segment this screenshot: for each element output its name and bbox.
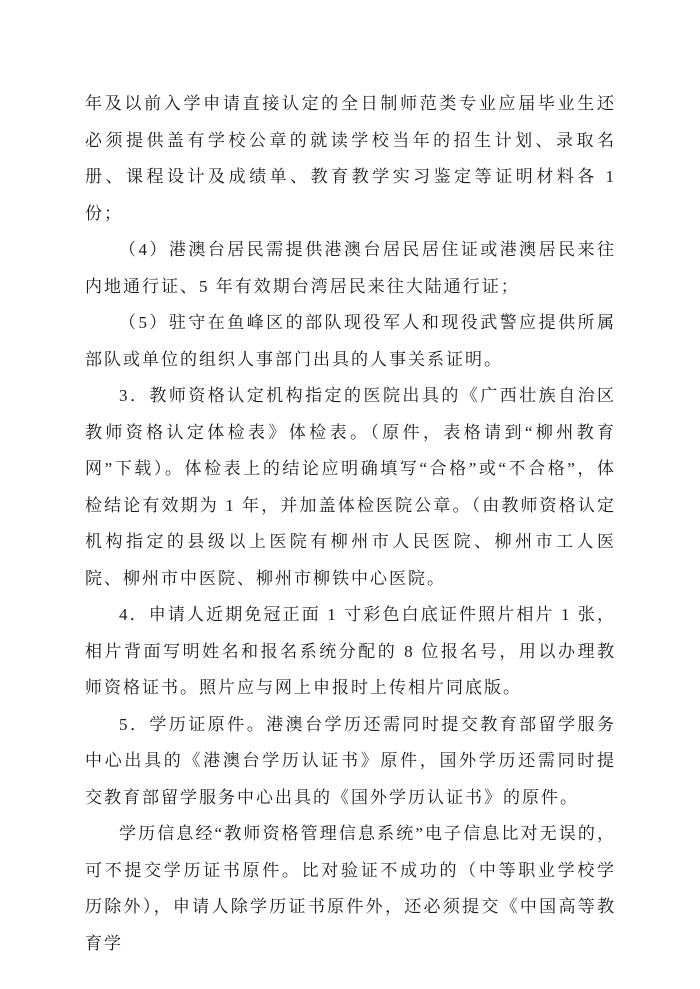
paragraph-numbered-4: 4．申请人近期免冠正面 1 寸彩色白底证件照片相片 1 张，相片背面写明姓名和报… <box>85 597 616 707</box>
paragraph-numbered-3: 3．教师资格认定机构指定的医院出具的《广西壮族自治区教师资格认定体检表》体检表。… <box>85 378 616 597</box>
paragraph-item-4: （4）港澳台居民需提供港澳台居民居住证或港澳居民来往内地通行证、5 年有效期台湾… <box>85 232 616 305</box>
document-text-block: 年及以前入学申请直接认定的全日制师范类专业应届毕业生还必须提供盖有学校公章的就读… <box>85 86 616 962</box>
paragraph-continuation: 年及以前入学申请直接认定的全日制师范类专业应届毕业生还必须提供盖有学校公章的就读… <box>85 86 616 232</box>
paragraph-numbered-5: 5．学历证原件。港澳台学历还需同时提交教育部留学服务中心出具的《港澳台学历认证书… <box>85 707 616 817</box>
paragraph-item-5: （5）驻守在鱼峰区的部队现役军人和现役武警应提供所属部队或单位的组织人事部门出具… <box>85 305 616 378</box>
document-page: 年及以前入学申请直接认定的全日制师范类专业应届毕业生还必须提供盖有学校公章的就读… <box>0 0 700 989</box>
paragraph-closing-cutoff: 学历信息经“教师资格管理信息系统”电子信息比对无误的，可不提交学历证书原件。比对… <box>85 816 616 962</box>
